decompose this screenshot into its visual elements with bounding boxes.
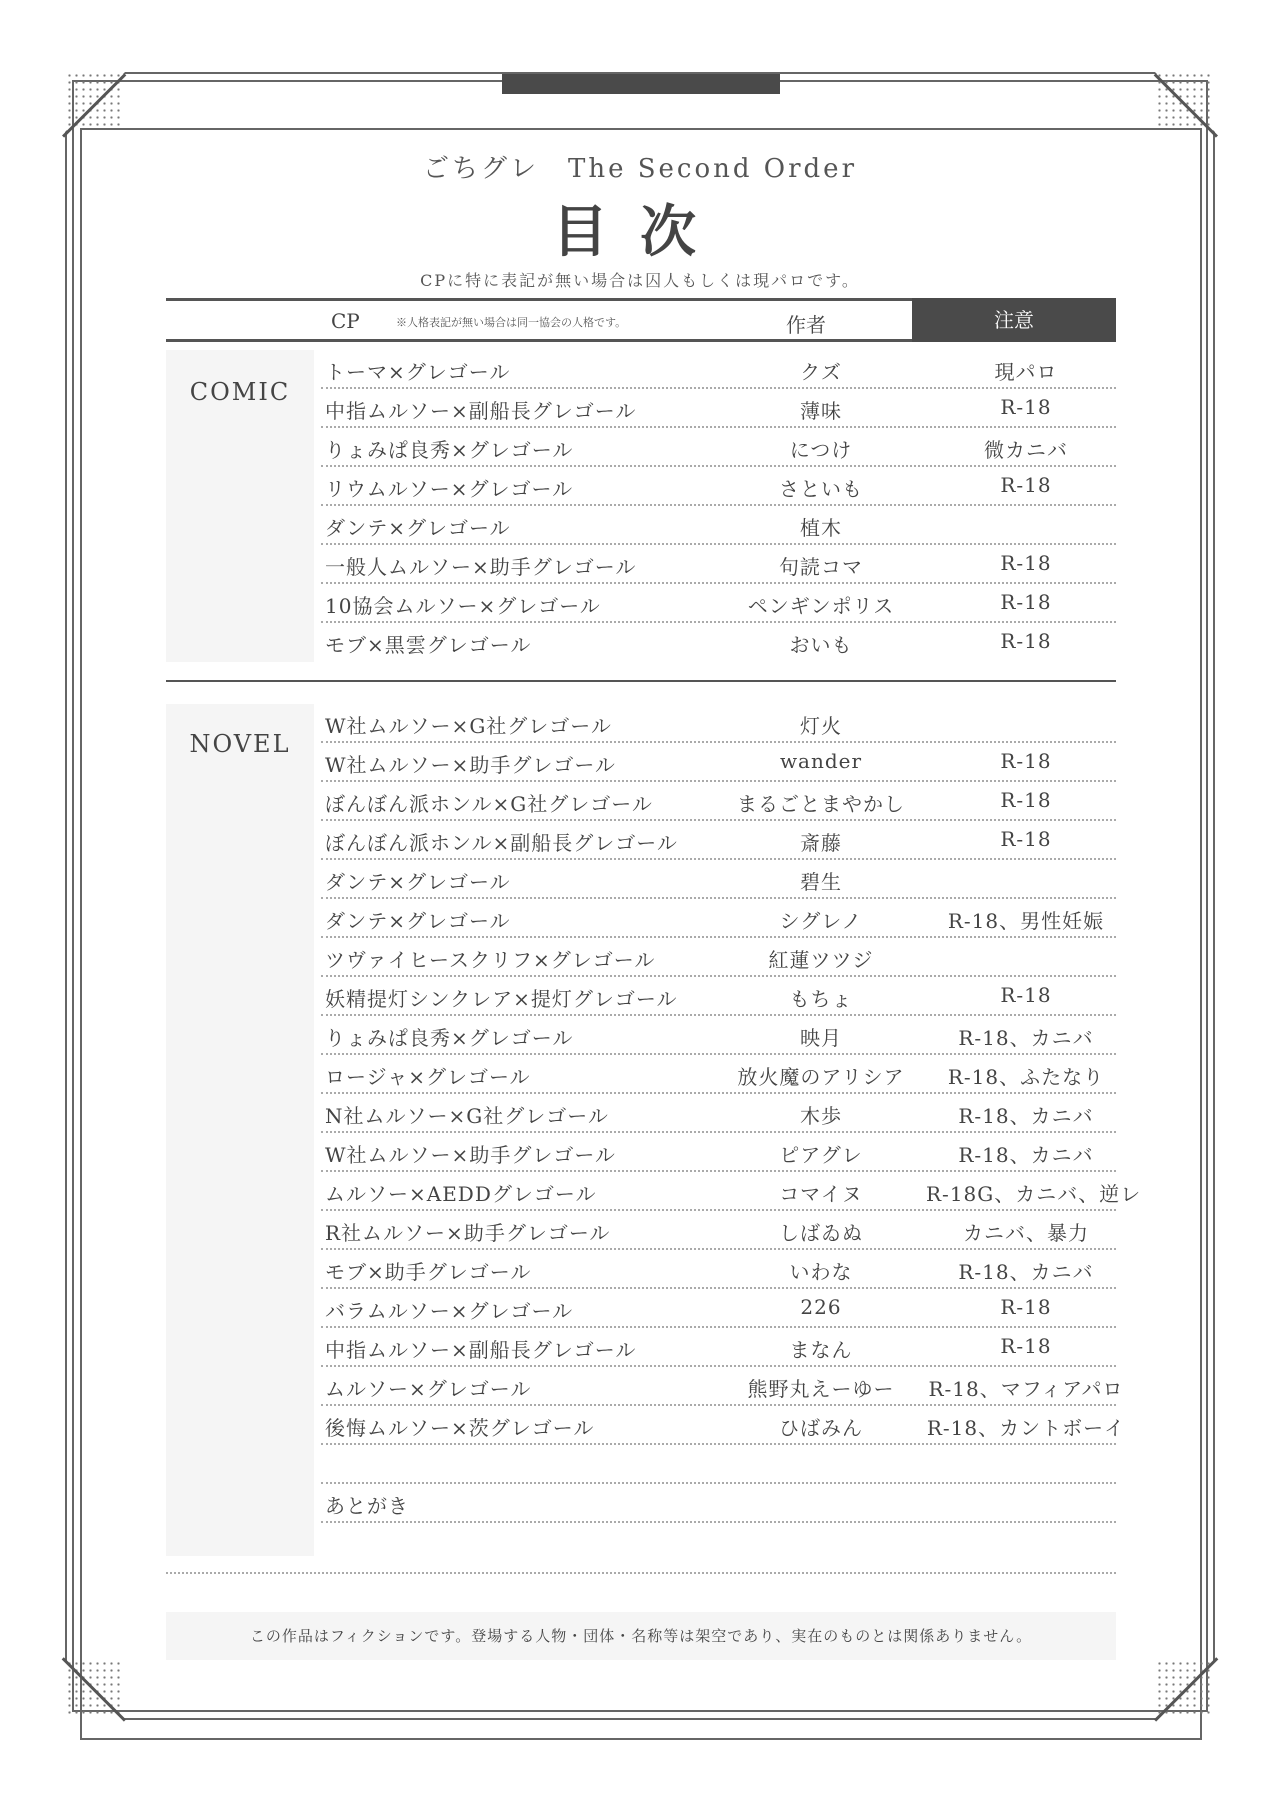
bottom-dotted-divider <box>166 1572 1116 1574</box>
author-name: 放火魔のアリシア <box>716 1061 926 1090</box>
toc-entry-row: ぼんぼん派ホンル×G社グレゴールまるごとまやかしR-18 <box>321 782 1116 821</box>
author-name: 映月 <box>716 1022 926 1051</box>
toc-entry-row: ダンテ×グレゴールシグレノR-18、男性妊娠 <box>321 899 1116 938</box>
author-name: ピアグレ <box>716 1139 926 1168</box>
comic-rows: トーマ×グレゴールクズ現パロ中指ムルソー×副船長グレゴール薄味R-18りょみぱ良… <box>321 350 1116 662</box>
cp-pairing: ぼんぼん派ホンル×副船長グレゴール <box>325 827 678 856</box>
content-warning: R-18、カニバ <box>926 1100 1126 1129</box>
content-warning: R-18 <box>926 551 1126 575</box>
cp-pairing: 後悔ムルソー×茨グレゴール <box>325 1412 594 1441</box>
content-warning: R-18、カニバ <box>926 1022 1126 1051</box>
top-tab-bar <box>502 74 780 94</box>
toc-entry-row: 中指ムルソー×副船長グレゴールまなんR-18 <box>321 1328 1116 1367</box>
content-warning: カニバ、暴力 <box>926 1217 1126 1246</box>
toc-entry-row: りょみぱ良秀×グレゴール映月R-18、カニバ <box>321 1016 1116 1055</box>
toc-entry-row: モブ×助手グレゴールいわなR-18、カニバ <box>321 1250 1116 1289</box>
cp-pairing: ぼんぼん派ホンル×G社グレゴール <box>325 788 653 817</box>
cp-pairing: ダンテ×グレゴール <box>325 866 511 895</box>
cp-pairing: ダンテ×グレゴール <box>325 905 511 934</box>
cp-pairing: 中指ムルソー×副船長グレゴール <box>325 395 636 424</box>
toc-entry-row: W社ムルソー×助手グレゴールwanderR-18 <box>321 743 1116 782</box>
content-warning: R-18 <box>926 629 1126 653</box>
toc-entry-row: ロージャ×グレゴール放火魔のアリシアR-18、ふたなり <box>321 1055 1116 1094</box>
toc-entry-row: ツヴァイヒースクリフ×グレゴール紅蓮ツツジ <box>321 938 1116 977</box>
content-warning: R-18、男性妊娠 <box>926 905 1126 934</box>
cp-pairing: りょみぱ良秀×グレゴール <box>325 434 573 463</box>
novel-rows: W社ムルソー×G社グレゴール灯火W社ムルソー×助手グレゴールwanderR-18… <box>321 704 1116 1523</box>
author-name: クズ <box>716 356 926 385</box>
author-name: 斎藤 <box>716 827 926 856</box>
author-name: 植木 <box>716 512 926 541</box>
toc-entry-row: ムルソー×グレゴール熊野丸えーゆーR-18、マフィアパロ <box>321 1367 1116 1406</box>
novel-label-bg <box>166 704 314 1556</box>
cp-pairing: 一般人ムルソー×助手グレゴール <box>325 551 636 580</box>
cp-pairing: R社ムルソー×助手グレゴール <box>325 1217 610 1246</box>
toc-entry-row: りょみぱ良秀×グレゴールにつけ微カニバ <box>321 428 1116 467</box>
content-warning: R-18 <box>926 1334 1126 1358</box>
author-name: 紅蓮ツツジ <box>716 944 926 973</box>
content-warning: R-18 <box>926 827 1126 851</box>
toc-entry-row: 中指ムルソー×副船長グレゴール薄味R-18 <box>321 389 1116 428</box>
author-name: さといも <box>716 473 926 502</box>
toc-entry-row: トーマ×グレゴールクズ現パロ <box>321 350 1116 389</box>
cp-pairing: ダンテ×グレゴール <box>325 512 511 541</box>
section-divider <box>166 680 1116 682</box>
column-header-cp-note: ※人格表記が無い場合は同一協会の人格です。 <box>396 314 626 330</box>
content-warning: R-18、カニバ <box>926 1256 1126 1285</box>
author-name: もちょ <box>716 983 926 1012</box>
content-warning: R-18 <box>926 983 1126 1007</box>
comic-section-label: COMIC <box>166 378 314 406</box>
column-header-cp: CP <box>331 309 360 333</box>
cp-pairing: トーマ×グレゴール <box>325 356 510 385</box>
author-name: コマイヌ <box>716 1178 926 1207</box>
toc-entry-row: ムルソー×AEDDグレゴールコマイヌR-18G、カニバ、逆レ <box>321 1172 1116 1211</box>
toc-entry-row: R社ムルソー×助手グレゴールしばゐぬカニバ、暴力 <box>321 1211 1116 1250</box>
cp-pairing: 中指ムルソー×副船長グレゴール <box>325 1334 636 1363</box>
author-name: おいも <box>716 629 926 658</box>
author-name: まるごとまやかし <box>716 788 926 817</box>
author-name: まなん <box>716 1334 926 1363</box>
cp-pairing: モブ×黒雲グレゴール <box>325 629 531 658</box>
author-name: ひばみん <box>716 1412 926 1441</box>
content-warning: R-18、マフィアパロ <box>926 1373 1126 1402</box>
toc-entry-row: ダンテ×グレゴール碧生 <box>321 860 1116 899</box>
toc-entry-row: モブ×黒雲グレゴールおいもR-18 <box>321 623 1116 662</box>
fiction-disclaimer: この作品はフィクションです。登場する人物・団体・名称等は架空であり、実在のものと… <box>166 1612 1116 1660</box>
content-warning: R-18 <box>926 1295 1126 1319</box>
toc-entry-row: リウムルソー×グレゴールさといもR-18 <box>321 467 1116 506</box>
toc-entry-row: W社ムルソー×助手グレゴールピアグレR-18、カニバ <box>321 1133 1116 1172</box>
cp-pairing: あとがき <box>325 1490 409 1519</box>
author-name: 薄味 <box>716 395 926 424</box>
author-name: wander <box>716 749 926 773</box>
cp-pairing: ムルソー×AEDDグレゴール <box>325 1178 596 1207</box>
cp-pairing: りょみぱ良秀×グレゴール <box>325 1022 573 1051</box>
cp-pairing: ロージャ×グレゴール <box>325 1061 531 1090</box>
book-subtitle: ごちグレ The Second Order <box>0 148 1280 185</box>
content-warning: 現パロ <box>926 356 1126 385</box>
column-header-caution: 注意 <box>912 298 1116 342</box>
toc-entry-row: 後悔ムルソー×茨グレゴールひばみんR-18、カントボーイ <box>321 1406 1116 1445</box>
author-name: シグレノ <box>716 905 926 934</box>
toc-entry-row: あとがき <box>321 1484 1116 1523</box>
header-note: CPに特に表記が無い場合は囚人もしくは現パロです。 <box>0 268 1280 291</box>
toc-entry-row: ぼんぼん派ホンル×副船長グレゴール斎藤R-18 <box>321 821 1116 860</box>
author-name: 熊野丸えーゆー <box>716 1373 926 1402</box>
cp-pairing: 妖精提灯シンクレア×提灯グレゴール <box>325 983 677 1012</box>
toc-entry-row: N社ムルソー×G社グレゴール木歩R-18、カニバ <box>321 1094 1116 1133</box>
cp-pairing: ムルソー×グレゴール <box>325 1373 531 1402</box>
cp-pairing: バラムルソー×グレゴール <box>325 1295 573 1324</box>
author-name: 226 <box>716 1295 926 1319</box>
cp-pairing: モブ×助手グレゴール <box>325 1256 531 1285</box>
novel-section-label: NOVEL <box>166 730 314 758</box>
author-name: 木歩 <box>716 1100 926 1129</box>
cp-pairing: リウムルソー×グレゴール <box>325 473 573 502</box>
author-name: いわな <box>716 1256 926 1285</box>
page-title: 目次 <box>0 188 1280 268</box>
toc-entry-row: バラムルソー×グレゴール226R-18 <box>321 1289 1116 1328</box>
author-name: しばゐぬ <box>716 1217 926 1246</box>
toc-entry-row: 10協会ムルソー×グレゴールペンギンポリスR-18 <box>321 584 1116 623</box>
cp-pairing: W社ムルソー×助手グレゴール <box>325 749 616 778</box>
author-name: 碧生 <box>716 866 926 895</box>
toc-entry-row: ダンテ×グレゴール植木 <box>321 506 1116 545</box>
author-name: 灯火 <box>716 710 926 739</box>
content-warning: R-18 <box>926 473 1126 497</box>
content-warning: R-18 <box>926 590 1126 614</box>
author-name: ペンギンポリス <box>716 590 926 619</box>
author-name: 句読コマ <box>716 551 926 580</box>
content-warning: R-18、ふたなり <box>926 1061 1126 1090</box>
content-warning: R-18G、カニバ、逆レ <box>926 1178 1126 1207</box>
content-warning: 微カニバ <box>926 434 1126 463</box>
cp-pairing: W社ムルソー×G社グレゴール <box>325 710 612 739</box>
content-warning: R-18 <box>926 395 1126 419</box>
cp-pairing: W社ムルソー×助手グレゴール <box>325 1139 616 1168</box>
toc-entry-row <box>321 1445 1116 1484</box>
toc-entry-row: 妖精提灯シンクレア×提灯グレゴールもちょR-18 <box>321 977 1116 1016</box>
toc-entry-row: 一般人ムルソー×助手グレゴール句読コマR-18 <box>321 545 1116 584</box>
toc-entry-row: W社ムルソー×G社グレゴール灯火 <box>321 704 1116 743</box>
column-header-author: 作者 <box>786 309 826 338</box>
content-warning: R-18、カントボーイ <box>926 1412 1126 1441</box>
cp-pairing: N社ムルソー×G社グレゴール <box>325 1100 609 1129</box>
content-warning: R-18 <box>926 788 1126 812</box>
content-warning: R-18、カニバ <box>926 1139 1126 1168</box>
content-warning: R-18 <box>926 749 1126 773</box>
cp-pairing: ツヴァイヒースクリフ×グレゴール <box>325 944 655 973</box>
cp-pairing: 10協会ムルソー×グレゴール <box>325 590 601 619</box>
author-name: につけ <box>716 434 926 463</box>
table-header: CP ※人格表記が無い場合は同一協会の人格です。 作者 注意 <box>166 298 1116 342</box>
